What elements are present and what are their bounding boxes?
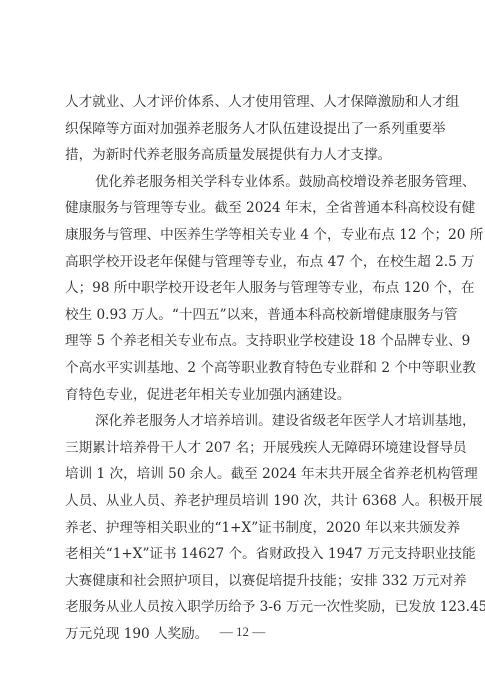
text-line: 人员、从业人员、养老护理员培训 190 次，共计 6368 人。积极开展 [65, 488, 426, 515]
text-line: 康服务与管理、中医养生学等相关专业 4 个，专业布点 12 个；20 所 [65, 222, 426, 249]
text-line: 优化养老服务相关学科专业体系。鼓励高校增设养老服务管理、 [65, 169, 426, 196]
text-line: 织保障等方面对加强养老服务人才队伍建设提出了一系列重要举 [65, 116, 426, 143]
text-line: 校生 0.93 万人。“十四五”以来，普通本科高校新增健康服务与管 [65, 302, 426, 329]
text-line: 高职学校开设老年保健与管理等专业，布点 47 个，在校生超 2.5 万 [65, 249, 426, 276]
text-line: 措，为新时代养老服务高质量发展提供有力人才支撑。 [65, 142, 426, 169]
text-line: 老相关“1+X”证书 14627 个。省财政投入 1947 万元支持职业技能 [65, 541, 426, 568]
paragraph-discipline-system: 优化养老服务相关学科专业体系。鼓励高校增设养老服务管理、 健康服务与管理等专业。… [65, 169, 426, 408]
document-page: 人才就业、人才评价体系、人才使用管理、人才保障激励和人才组 织保障等方面对加强养… [0, 0, 485, 686]
text-line: 深化养老服务人才培养培训。建设省级老年医学人才培训基地， [65, 408, 426, 435]
paragraph-talent-training: 深化养老服务人才培养培训。建设省级老年医学人才培训基地， 三期累计培养骨干人才 … [65, 408, 426, 647]
text-line: 大赛健康和社会照护项目，以赛促培提升技能；安排 332 万元对养 [65, 568, 426, 595]
page-number: — 12 — [0, 624, 485, 640]
text-line: 健康服务与管理等专业。截至 2024 年末，全省普通本科高校设有健 [65, 195, 426, 222]
text-line: 人；98 所中职学校开设老年人服务与管理等专业，布点 120 个，在 [65, 275, 426, 302]
text-line: 培训 1 次，培训 50 余人。截至 2024 年末共开展全省养老机构管理 [65, 461, 426, 488]
text-line: 三期累计培养骨干人才 207 名；开展残疾人无障碍环境建设督导员 [65, 435, 426, 462]
body-text: 人才就业、人才评价体系、人才使用管理、人才保障激励和人才组 织保障等方面对加强养… [65, 89, 426, 647]
text-line: 养老、护理等相关职业的“1+X”证书制度，2020 年以来共颁发养 [65, 515, 426, 542]
text-line: 人才就业、人才评价体系、人才使用管理、人才保障激励和人才组 [65, 89, 426, 116]
text-line: 个高水平实训基地、2 个高等职业教育特色专业群和 2 个中等职业教 [65, 355, 426, 382]
text-line: 老服务从业人员按入职学历给予 3-6 万元一次性奖励，已发放 123.45 [65, 594, 426, 621]
text-line: 育特色专业，促进老年相关专业加强内涵建设。 [65, 382, 426, 409]
paragraph-talent-policy-continued: 人才就业、人才评价体系、人才使用管理、人才保障激励和人才组 织保障等方面对加强养… [65, 89, 426, 169]
text-line: 理等 5 个养老相关专业布点。支持职业学校建设 18 个品牌专业、9 [65, 328, 426, 355]
